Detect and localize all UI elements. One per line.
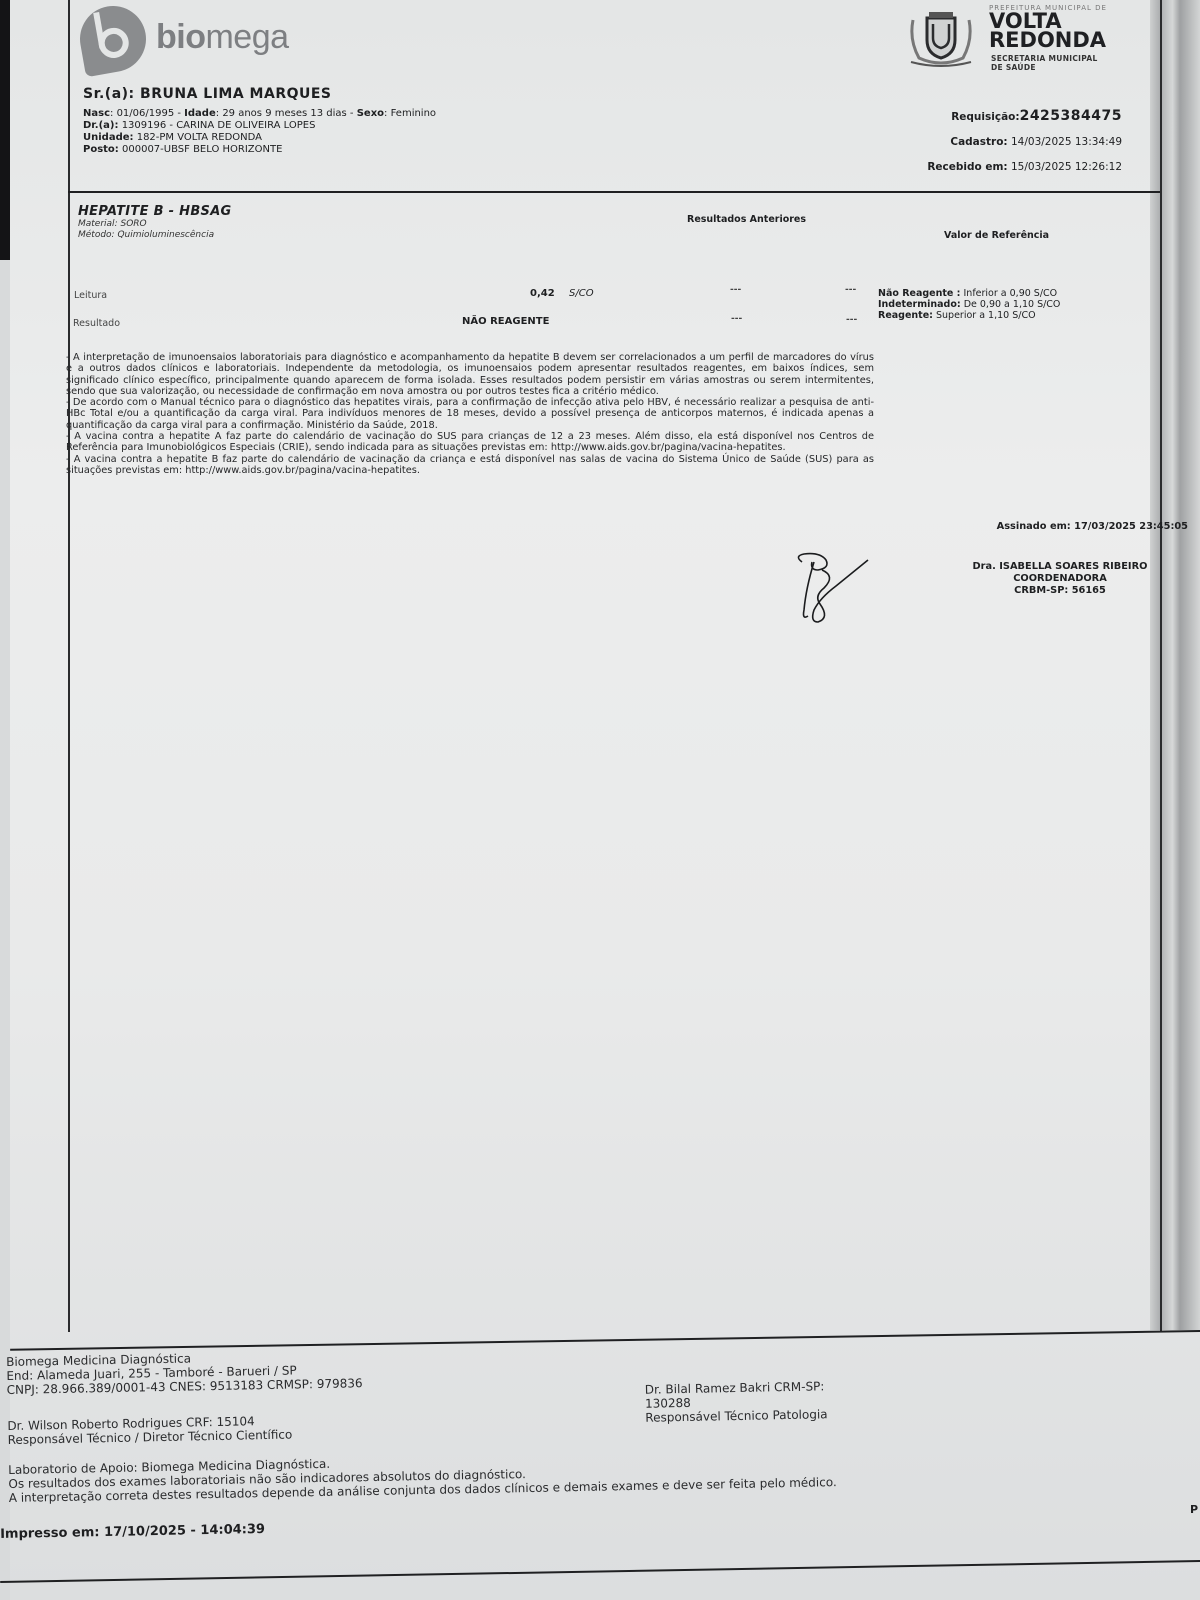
previous-results-header: Resultados Anteriores [687, 214, 806, 225]
page-corner-mark: P [1190, 1503, 1198, 1516]
volta-redonda-logo: PREFEITURA MUNICIPAL DE VOLTA REDONDA SE… [905, 4, 1135, 72]
note-paragraph: - A interpretação de imunoensaios labora… [66, 352, 874, 397]
reading-value: 0,42 [530, 288, 555, 299]
biomega-logo: biomega [80, 6, 320, 76]
pathology-block: Dr. Bilal Ramez Bakri CRM-SP: 130288 Res… [645, 1379, 836, 1425]
pathology-doctor: Dr. Bilal Ramez Bakri CRM-SP: 130288 [645, 1379, 836, 1411]
result-value: NÃO REAGENTE [462, 316, 549, 327]
signer-registry: CRBM-SP: 56165 [970, 585, 1150, 597]
health-unit: Unidade: 182-PM VOLTA REDONDA [83, 132, 436, 144]
exam-method: Método: Quimioluminescência [78, 230, 232, 241]
handwritten-signature-icon [790, 548, 880, 628]
requisition-number: Requisição:2425384475 [927, 104, 1122, 130]
biomega-wordmark: biomega [156, 18, 289, 57]
note-paragraph: - De acordo com o Manual técnico para o … [66, 397, 874, 431]
reference-values: Não Reagente : Inferior a 0,90 S/CO Inde… [878, 288, 1060, 321]
patient-demographics: Nasc: 01/06/1995 - Idade: 29 anos 9 mese… [83, 108, 436, 120]
header-divider [68, 191, 1160, 193]
reading-label: Leitura [74, 290, 107, 301]
city-crest-icon [905, 10, 977, 68]
note-paragraph: - A vacina contra a hepatite B faz parte… [66, 454, 874, 477]
report-footer: Biomega Medicina Diagnóstica End: Alamed… [6, 1339, 837, 1505]
signed-date: Assinado em: 17/03/2025 23:45:05 [997, 521, 1188, 532]
clinical-notes: - A interpretação de imunoensaios labora… [66, 352, 874, 476]
exam-title: HEPATITE B - HBSAG [78, 204, 232, 219]
previous-result-2: --- [845, 285, 856, 295]
note-paragraph: - A vacina contra a hepatite A faz parte… [66, 431, 874, 454]
received-date: Recebido em: 15/03/2025 12:26:12 [927, 155, 1122, 180]
registered-date: Cadastro: 14/03/2025 13:34:49 [927, 130, 1122, 155]
signer-role: COORDENADORA [970, 573, 1150, 585]
request-info: Requisição:2425384475 Cadastro: 14/03/20… [927, 104, 1122, 180]
report-frame [68, 0, 1162, 1332]
reference-reactive: Reagente: Superior a 1,10 S/CO [878, 310, 1060, 321]
reading-unit: S/CO [569, 288, 594, 299]
reference-header: Valor de Referência [944, 230, 1049, 241]
city-logo-title: VOLTA REDONDA [989, 12, 1106, 50]
previous-result-1: --- [730, 285, 741, 295]
signer-name: Dra. ISABELLA SOARES RIBEIRO [970, 561, 1150, 573]
patient-info: Sr.(a): BRUNA LIMA MARQUES Nasc: 01/06/1… [83, 86, 436, 156]
signer-block: Dra. ISABELLA SOARES RIBEIRO COORDENADOR… [970, 561, 1150, 597]
previous-result-2: --- [846, 315, 857, 325]
city-logo-subtitle: SECRETARIA MUNICIPAL DE SAÚDE [991, 54, 1098, 72]
exam-header: HEPATITE B - HBSAG Material: SORO Método… [78, 204, 232, 241]
reference-non-reactive: Não Reagente : Inferior a 0,90 S/CO [878, 288, 1060, 299]
exam-material: Material: SORO [78, 219, 232, 230]
reference-indeterminate: Indeterminado: De 0,90 a 1,10 S/CO [878, 299, 1060, 310]
health-post: Posto: 000007-UBSF BELO HORIZONTE [83, 144, 436, 156]
requesting-doctor: Dr.(a): 1309196 - CARINA DE OLIVEIRA LOP… [83, 120, 436, 132]
patient-name: Sr.(a): BRUNA LIMA MARQUES [83, 86, 436, 102]
result-label: Resultado [73, 318, 120, 329]
biomega-drop-logo-icon [75, 1, 151, 77]
previous-result-1: --- [731, 314, 742, 324]
